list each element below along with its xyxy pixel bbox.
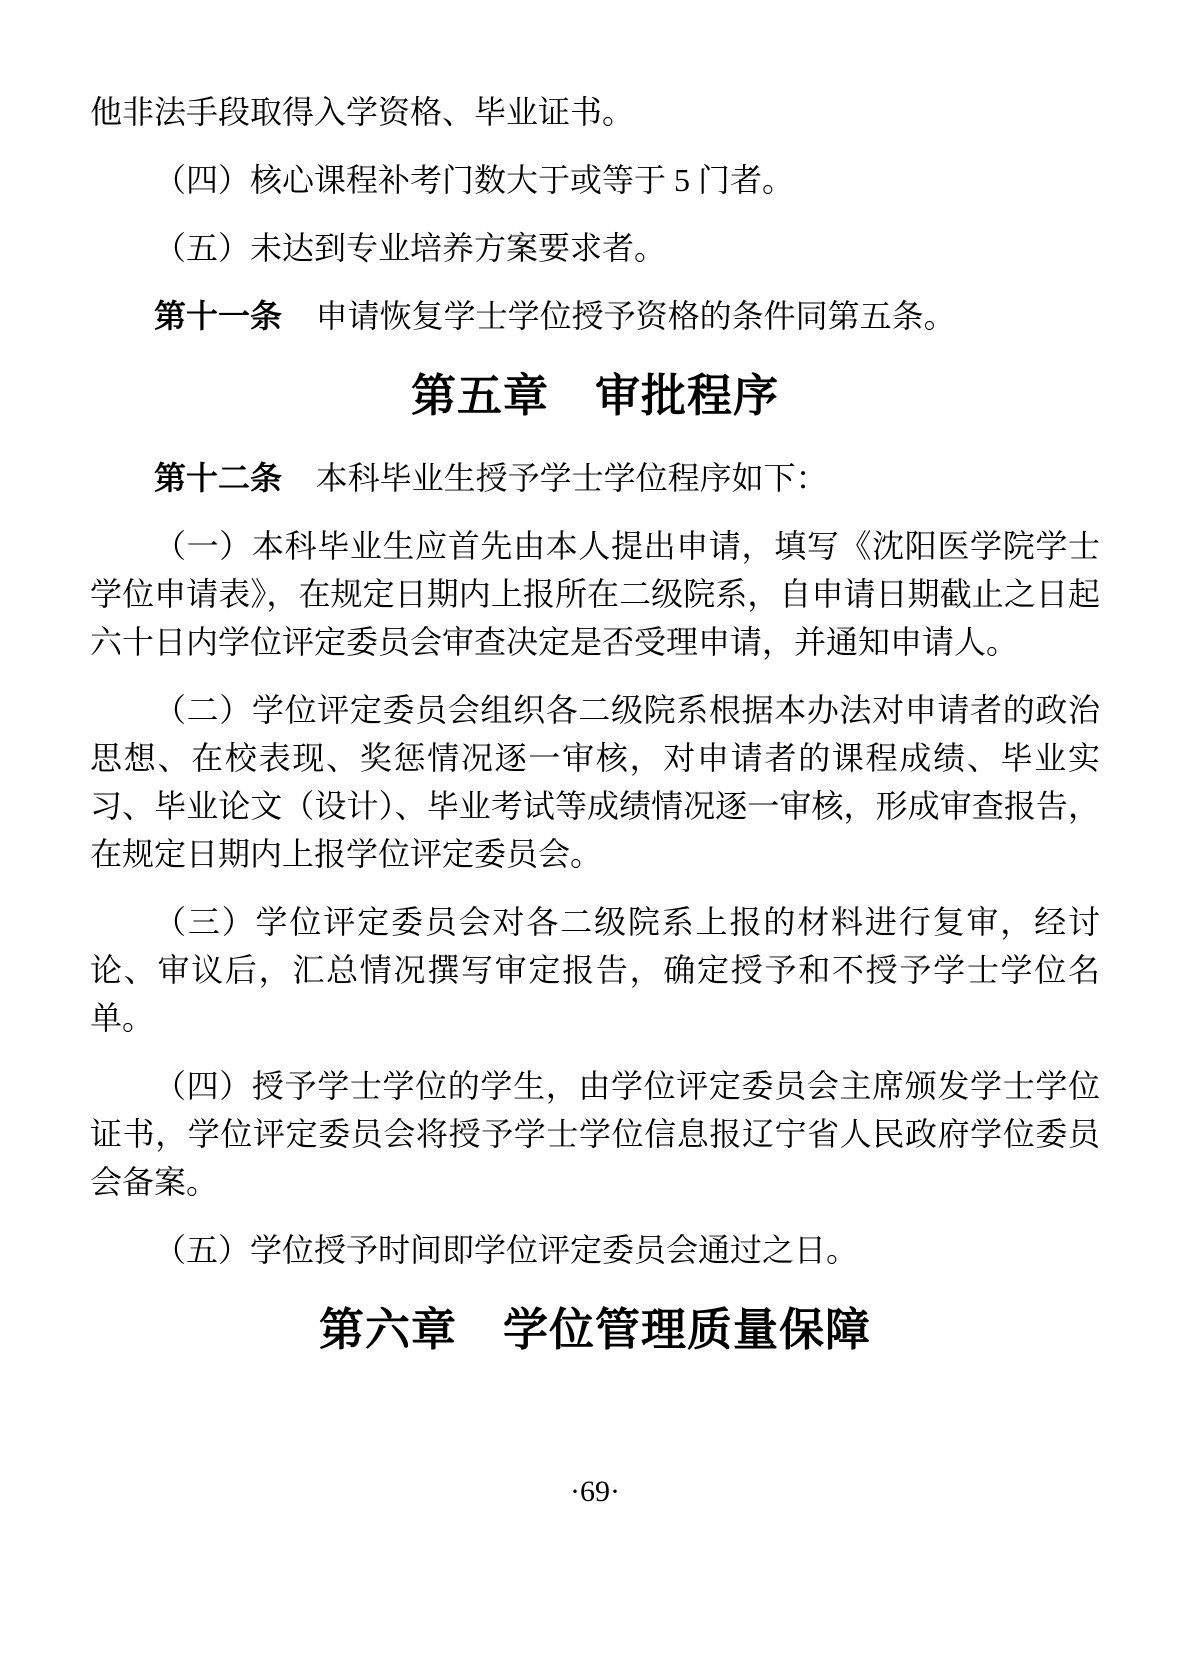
list-item-4: （四）核心课程补考门数大于或等于 5 门者。 <box>90 156 1100 204</box>
procedure-item-2: （二）学位评定委员会组织各二级院系根据本办法对申请者的政治思想、在校表现、奖惩情… <box>90 686 1100 878</box>
document-page: 他非法手段取得入学资格、毕业证书。 （四）核心课程补考门数大于或等于 5 门者。… <box>0 0 1190 1670</box>
procedure-item-3: （三）学位评定委员会对各二级院系上报的材料进行复审，经讨论、审议后，汇总情况撰写… <box>90 898 1100 1042</box>
chapter-6-heading: 第六章 学位管理质量保障 <box>90 1300 1100 1360</box>
procedure-item-5: （五）学位授予时间即学位评定委员会通过之日。 <box>90 1226 1100 1274</box>
article-11-text: 申请恢复学士学位授予资格的条件同第五条。 <box>316 298 956 334</box>
article-12-label: 第十二条 <box>154 460 282 496</box>
article-12-paragraph: 第十二条本科毕业生授予学士学位程序如下： <box>90 454 1100 502</box>
article-11-label: 第十一条 <box>154 298 282 334</box>
paragraph-continuation: 他非法手段取得入学资格、毕业证书。 <box>90 88 1100 136</box>
chapter-5-heading: 第五章 审批程序 <box>90 366 1100 426</box>
list-item-5: （五）未达到专业培养方案要求者。 <box>90 224 1100 272</box>
procedure-item-1: （一）本科毕业生应首先由本人提出申请，填写《沈阳医学院学士学位申请表》，在规定日… <box>90 522 1100 666</box>
page-number: ·69· <box>0 1472 1190 1512</box>
procedure-item-4: （四）授予学士学位的学生，由学位评定委员会主席颁发学士学位证书，学位评定委员会将… <box>90 1062 1100 1206</box>
article-12-text: 本科毕业生授予学士学位程序如下： <box>316 460 828 496</box>
article-11-paragraph: 第十一条申请恢复学士学位授予资格的条件同第五条。 <box>90 292 1100 340</box>
